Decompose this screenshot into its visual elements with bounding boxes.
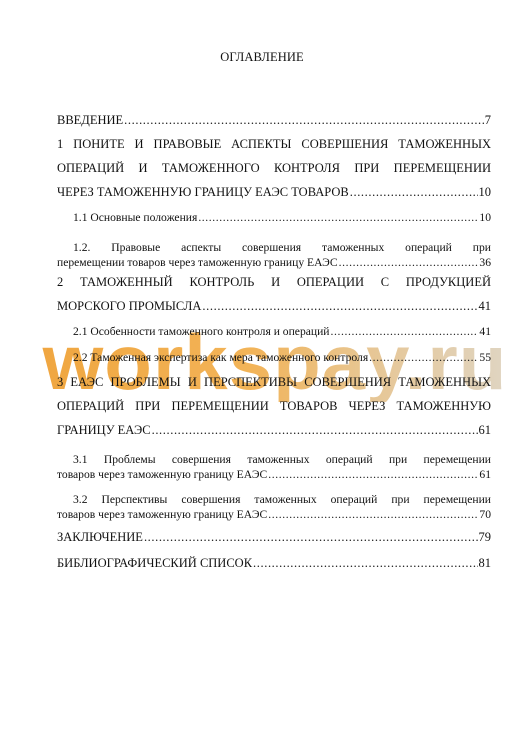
table-of-contents: ВВЕДЕНИЕ71 ПОНИТЕ И ПРАВОВЫЕ АСПЕКТЫ СОВ… xyxy=(57,108,491,575)
toc-entry-text: ОПЕРАЦИЙ И ТАМОЖЕННОГО КОНТРОЛЯ ПРИ ПЕРЕ… xyxy=(57,156,491,180)
toc-entry[interactable]: ЗАКЛЮЧЕНИЕ79 xyxy=(57,525,491,549)
toc-entry[interactable]: 1.1 Основные положения10 xyxy=(57,206,491,230)
dot-leader xyxy=(253,551,477,575)
dot-leader xyxy=(331,320,479,344)
toc-entry[interactable]: 2.1 Особенности таможенного контроля и о… xyxy=(57,320,491,344)
toc-entry-text: 2.2 Таможенная экспертиза как мера тамож… xyxy=(73,346,368,370)
toc-entry[interactable]: 2.2 Таможенная экспертиза как мера тамож… xyxy=(57,346,491,370)
toc-entry[interactable]: 3.1 Проблемы совершения таможенных опера… xyxy=(57,452,491,482)
toc-entry-text: 3.1 Проблемы совершения таможенных опера… xyxy=(57,452,491,467)
dot-leader xyxy=(198,206,478,230)
toc-page-number[interactable]: 81 xyxy=(479,551,492,575)
dot-leader xyxy=(268,507,478,522)
toc-entry-text: ЗАКЛЮЧЕНИЕ xyxy=(57,525,143,549)
toc-page-number[interactable]: 41 xyxy=(479,294,492,318)
toc-entry-text: ВВЕДЕНИЕ xyxy=(57,108,123,132)
toc-entry-text: товаров через таможенную границу ЕАЭС xyxy=(57,507,267,522)
dot-leader xyxy=(144,525,478,549)
toc-entry[interactable]: ВВЕДЕНИЕ7 xyxy=(57,108,491,132)
toc-page-number[interactable]: 70 xyxy=(479,507,491,522)
page-title: ОГЛАВЛЕНИЕ xyxy=(0,50,524,65)
toc-entry-text: ГРАНИЦУ ЕАЭС xyxy=(57,418,151,442)
toc-entry[interactable]: БИБЛИОГРАФИЧЕСКИЙ СПИСОК81 xyxy=(57,551,491,575)
toc-page-number[interactable]: 10 xyxy=(479,206,491,230)
toc-page-number[interactable]: 41 xyxy=(479,320,491,344)
dot-leader xyxy=(339,255,479,270)
toc-entry-text: 1 ПОНИТЕ И ПРАВОВЫЕ АСПЕКТЫ СОВЕРШЕНИЯ Т… xyxy=(57,132,491,156)
toc-page-number[interactable]: 79 xyxy=(479,525,492,549)
dot-leader xyxy=(268,467,478,482)
toc-page-number[interactable]: 55 xyxy=(479,346,491,370)
toc-entry-text: 3.2 Перспективы совершения таможенных оп… xyxy=(57,492,491,507)
toc-entry-text: 3 ЕАЭС ПРОБЛЕМЫ И ПЕРСПЕКТИВЫ СОВЕРШЕНИЯ… xyxy=(57,370,491,394)
toc-page-number[interactable]: 61 xyxy=(479,467,491,482)
toc-page-number[interactable]: 10 xyxy=(479,180,492,204)
dot-leader xyxy=(202,294,477,318)
toc-entry[interactable]: 1 ПОНИТЕ И ПРАВОВЫЕ АСПЕКТЫ СОВЕРШЕНИЯ Т… xyxy=(57,132,491,204)
toc-entry-text: 1.2. Правовые аспекты совершения таможен… xyxy=(57,240,491,255)
toc-page-number[interactable]: 61 xyxy=(479,418,492,442)
toc-entry-text: 2 ТАМОЖЕННЫЙ КОНТРОЛЬ И ОПЕРАЦИИ С ПРОДУ… xyxy=(57,270,491,294)
toc-entry-text: ЧЕРЕЗ ТАМОЖЕННУЮ ГРАНИЦУ ЕАЭС ТОВАРОВ xyxy=(57,180,349,204)
dot-leader xyxy=(152,418,478,442)
toc-entry-text: 2.1 Особенности таможенного контроля и о… xyxy=(73,320,330,344)
toc-entry-text: БИБЛИОГРАФИЧЕСКИЙ СПИСОК xyxy=(57,551,252,575)
toc-entry-text: 1.1 Основные положения xyxy=(73,206,197,230)
toc-entry-text: МОРСКОГО ПРОМЫСЛА xyxy=(57,294,201,318)
toc-entry-text: ОПЕРАЦИЙ ПРИ ПЕРЕМЕЩЕНИИ ТОВАРОВ ЧЕРЕЗ Т… xyxy=(57,394,491,418)
dot-leader xyxy=(350,180,478,204)
toc-entry-text: товаров через таможенную границу ЕАЭС xyxy=(57,467,267,482)
toc-entry[interactable]: 3.2 Перспективы совершения таможенных оп… xyxy=(57,492,491,522)
toc-page-number[interactable]: 36 xyxy=(479,255,491,270)
dot-leader xyxy=(124,108,484,132)
dot-leader xyxy=(369,346,478,370)
toc-entry[interactable]: 2 ТАМОЖЕННЫЙ КОНТРОЛЬ И ОПЕРАЦИИ С ПРОДУ… xyxy=(57,270,491,318)
toc-entry-text: перемещении товаров через таможенную гра… xyxy=(57,255,338,270)
toc-entry[interactable]: 3 ЕАЭС ПРОБЛЕМЫ И ПЕРСПЕКТИВЫ СОВЕРШЕНИЯ… xyxy=(57,370,491,442)
toc-entry[interactable]: 1.2. Правовые аспекты совершения таможен… xyxy=(57,240,491,270)
toc-page-number[interactable]: 7 xyxy=(485,108,491,132)
